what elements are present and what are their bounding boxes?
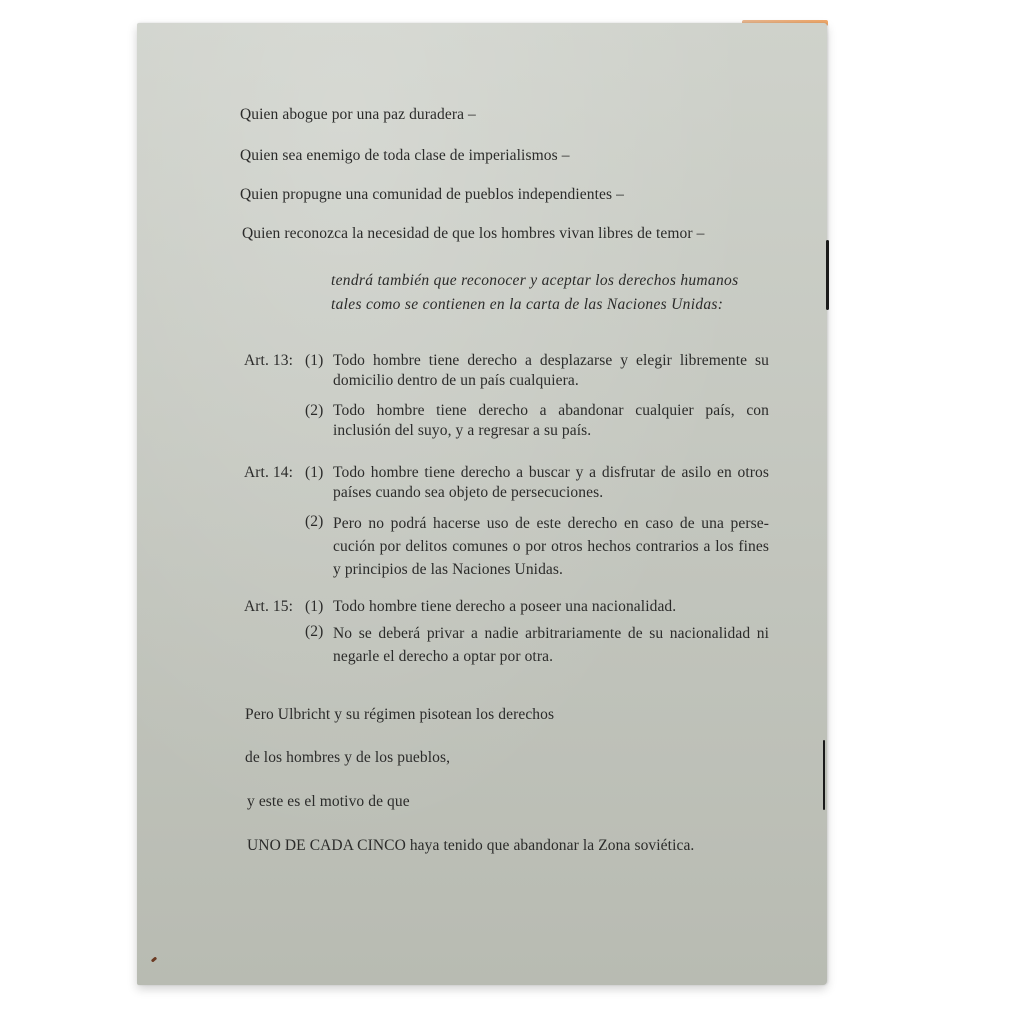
intro-line: Quien sea enemigo de toda clase de imper… xyxy=(240,146,570,166)
clause-text: Todo hombre tiene derecho a abandonar cu… xyxy=(333,401,769,441)
clause-number: (2) xyxy=(305,512,323,532)
closing-line: Pero Ulbricht y su régimen pisotean los … xyxy=(245,705,554,725)
clause-number: (2) xyxy=(305,401,323,421)
italic-statement-line: tales como se contienen en la carta de l… xyxy=(331,295,723,315)
intro-line: Quien reconozca la necesidad de que los … xyxy=(242,224,704,244)
clause-number: (1) xyxy=(305,351,323,371)
italic-statement-line: tendrá también que reconocer y aceptar l… xyxy=(331,271,738,291)
clause-number: (1) xyxy=(305,463,323,483)
closing-line: de los hombres y de los pueblos, xyxy=(245,748,450,768)
clause-number: (2) xyxy=(305,622,323,642)
article-label: Art. 14: xyxy=(244,463,293,483)
clause-text: Todo hombre tiene derecho a buscar y a d… xyxy=(333,463,769,503)
article-label: Art. 13: xyxy=(244,351,293,371)
closing-line: y este es el motivo de que xyxy=(247,792,410,812)
intro-line: Quien propugne una comunidad de pueblos … xyxy=(240,185,624,205)
closing-line-emphasis: UNO DE CADA CINCO haya tenido que abando… xyxy=(247,836,694,856)
intro-line: Quien abogue por una paz duradera – xyxy=(240,105,476,125)
page-edge-shadow-mark xyxy=(823,740,825,810)
clause-text: Pero no podrá hacerse uso de este derech… xyxy=(333,512,769,581)
clause-number: (1) xyxy=(305,597,323,617)
clause-text: Todo hombre tiene derecho a desplazarse … xyxy=(333,351,769,391)
clause-text: Todo hombre tiene derecho a poseer una n… xyxy=(333,597,769,617)
article-label: Art. 15: xyxy=(244,597,293,617)
page-edge-shadow-mark xyxy=(826,240,829,310)
clause-text: No se deberá privar a nadie arbitrariame… xyxy=(333,622,769,668)
